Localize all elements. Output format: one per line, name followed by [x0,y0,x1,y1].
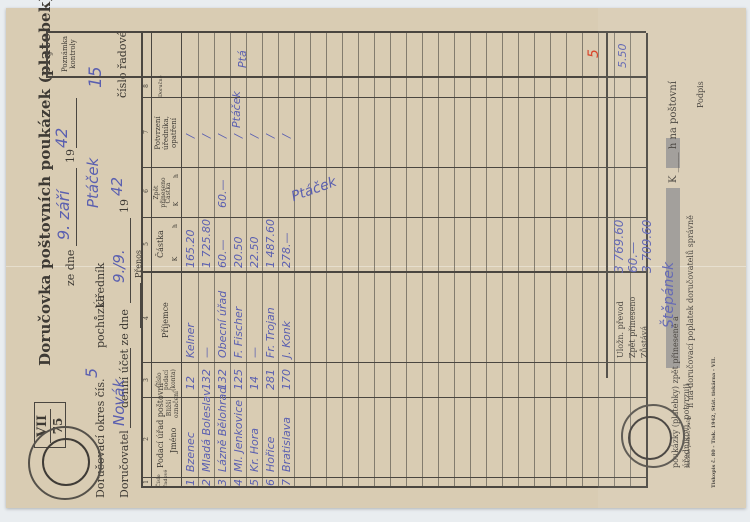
row-amount: 1 725.80 [200,219,213,268]
grid-line [246,33,247,488]
grid-line [374,33,375,488]
row-number: 1 [184,479,197,486]
col3-divider [141,362,646,363]
row-number: 5 [248,479,261,486]
table-left-border [141,487,646,489]
row-amount: 60.— [216,240,229,269]
grid-line [278,33,279,488]
summary-zpet-value: 60.— [626,242,640,273]
row-confirm: / [264,134,277,138]
grid-line [614,33,615,488]
header-castka-k: K [172,255,179,263]
row-konto: 170 [280,369,293,390]
col8-divider [46,77,646,79]
confirm-note: Ptáček [230,91,243,128]
row-office: Ml. Jenkovice [232,400,245,472]
year-value: 42 [52,128,71,148]
row-returned: 60.— [216,180,229,209]
footer-prevzal-value: Štěpánek [661,262,677,328]
row-office: Bratislava [280,417,293,472]
col-number-4: 4 [143,314,150,322]
denni-ucet-year-prefix: 19 [118,199,131,213]
number-row-bottom [151,33,152,488]
header-zpet-castka: Částka [165,178,172,208]
dorucovatel-value: Novák [110,379,128,426]
footer-podpis-label: Podpis [696,81,705,108]
col-number-8: 8 [143,82,150,90]
header-zpet-k: K [173,200,180,208]
stamp-label: Razítko podací pošty [686,415,692,468]
grid-line [582,33,583,488]
row-office: Hořice [264,437,277,472]
col-number-5: 5 [143,240,150,248]
row-office: Bzenec [184,432,197,472]
grid-line [422,33,423,488]
right-postmark-stamp [621,404,685,468]
header-castka-h: h [172,222,179,230]
urednik-value: Ptáček [84,158,102,208]
row-confirm: / [216,134,229,138]
row-number: 6 [264,479,277,486]
denni-ucet-underline [130,218,131,303]
row-confirm: / [200,134,213,138]
pochuzka-label: pochůzka [94,295,107,348]
header-cislo-podaci: Číslo podací (konta) [156,364,177,396]
col7-divider [141,97,646,98]
col-number-6: 6 [143,187,150,195]
grid-line [630,33,631,488]
dorucovatel-underline [130,348,131,428]
cislo-radove-label: číslo řadové [116,31,129,98]
row-confirm: / [184,134,197,138]
col4-divider [141,272,646,274]
grid-line [358,33,359,488]
kontrola-note: Ptá [236,50,249,68]
ze-dne-underline [76,168,77,246]
row-recipient: Fr. Trojan [264,307,277,358]
row-confirm: / [280,134,293,138]
summary-red-mark: 5 [586,49,602,58]
grid-line [198,33,199,488]
col1-divider [141,477,646,478]
header-row-bottom [181,33,182,488]
grid-line [470,33,471,488]
row-konto: 14 [248,376,261,390]
row-recipient: Obecní úřad [216,291,229,358]
row-number: 2 [200,479,213,486]
grid-line [486,33,487,488]
grid-line [438,33,439,488]
footer-tiny-print: Tiskopis č. 80 - Tisk. 1942, Stát. tiská… [711,357,717,488]
row-office: Mladá Boleslav [200,389,213,472]
col6-divider [141,167,646,168]
grid-line [214,33,215,488]
row-office: Lázně Bělohrad [216,387,229,472]
table-bottom-border [646,33,648,488]
grid-line [390,33,391,488]
row-recipient: F. Fischer [232,307,245,358]
col-number-2: 2 [143,435,150,443]
row-recipient: Kelner [184,323,197,358]
grid-line [406,33,407,488]
denni-ucet-year-value: 42 [108,177,126,196]
dorucovatel-label: Doručovatel [118,430,131,498]
row-confirm: / [248,134,261,138]
row-konto: 12 [184,376,197,390]
header-castka: Částka [156,230,165,258]
col5-divider [141,217,646,218]
table-top-border [141,33,143,488]
grid-line [518,33,519,488]
table-right-border [46,32,646,34]
row-amount: 278.— [280,233,293,269]
year-prefix: 19 [64,149,77,163]
row-amount: 20.50 [232,237,245,269]
header-poznamka-kontroly: Poznámka kontroly [61,34,77,74]
grid-line [534,33,535,488]
grid-line [326,33,327,488]
row-amount: 1 487.60 [264,219,277,268]
grid-line [502,33,503,488]
header-potvrzeni: Potvrzení úředníka, opatření [154,103,178,163]
ze-dne-label: ze dne [64,250,77,286]
row-amount: 165.20 [184,230,197,269]
row-amount: 22.50 [248,237,261,269]
summary-zpet-label: Zpět přineseno [628,297,637,358]
grid-line [294,33,295,488]
row-konto: 132 [216,369,229,390]
summary-divider [606,33,608,378]
dorucovaci-okres-value: 5 [82,368,101,378]
header-cislo-radove: Číslo řadové [156,477,170,487]
row-number: 7 [280,479,293,486]
summary-ulozeno-value: 3 769.60 [612,220,626,273]
grid-line [598,33,599,488]
row-number: 3 [216,479,229,486]
col-number-7: 7 [143,128,150,136]
footer-bottom-text: poukázky (platebky) zpět přinesené a [671,316,680,468]
right-postmark-inner [628,416,672,460]
row-recipient: — [248,347,261,358]
summary-ulozeno-label: Uložn. převod [616,301,625,358]
summary-zustatek-value: 3 709.60 [640,220,654,273]
col-number-9: 9 [48,50,55,58]
grid-line [550,33,551,488]
row-confirm: / [232,134,245,138]
year-underline [76,98,77,148]
redaction-bar [666,188,680,368]
grid-line [310,33,311,488]
summary-top-right-value: 5.50 [616,44,629,69]
footer-line2: h na doručovací poplatek doručovatelů sp… [686,215,695,408]
header-zpet-h: h [173,172,180,180]
grid-line [342,33,343,488]
row-konto: 125 [232,369,245,390]
row-konto: 281 [264,369,277,390]
footer-line1: K ____ h na poštovní [668,81,679,183]
returned-signature: Ptáček [289,174,339,205]
row-recipient: — [200,347,213,358]
footer-bottom-text2: úředníkovi, potvrzuji [682,384,691,468]
redaction-bar-2 [666,138,680,168]
ze-dne-value: 9. září [54,190,73,240]
postmark-inner-ring [42,438,90,486]
header-dorucne: Doručné [158,79,165,97]
header-jmeno: Jméno [169,428,178,454]
grid-line [454,33,455,488]
row-recipient: J. Konk [280,321,293,358]
row-number: 4 [232,479,245,486]
document-page: Doručovka poštovních poukázek (platebek)… [6,8,746,508]
col-number-3: 3 [143,376,150,384]
col-number-1: 1 [143,478,150,486]
header-blizsi-oznaceni: Bližší označení [166,398,180,418]
header-prijemce: Příjemce [161,302,170,338]
rotated-form: Doručovka poštovních poukázek (platebek)… [6,8,746,508]
denni-ucet-value: 9./9. [110,249,128,283]
grid-line [262,33,263,488]
grid-line [566,33,567,488]
summary-zustatek-label: Zůstává [640,326,649,358]
row-office: Kr. Hora [248,428,261,472]
row-konto: 132 [200,369,213,390]
